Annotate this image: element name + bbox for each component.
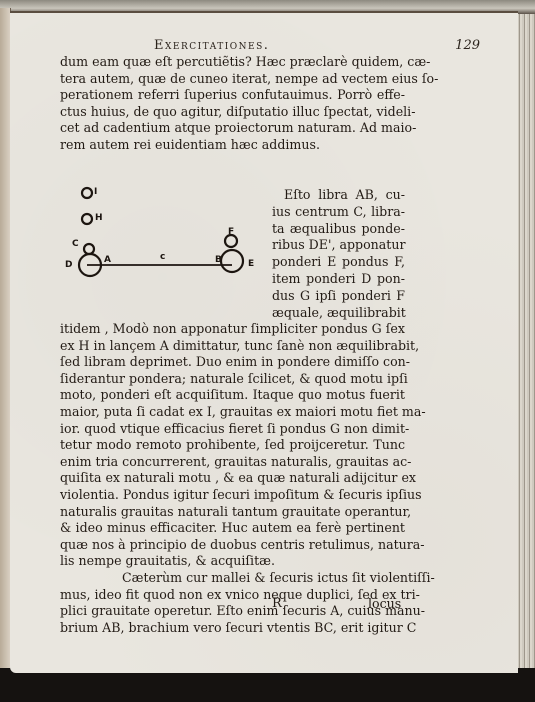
text-line: cet ad cadentium atque proiectorum natur… xyxy=(60,120,405,137)
text-line: Cæterùm cur mallei & ſecuris ictus ſit v… xyxy=(60,570,405,587)
paragraph-intro: dum eam quæ eſt percutiẽtis? Hæc præclar… xyxy=(60,54,405,154)
text-line: quiſita ex naturali motu , & ea quæ natu… xyxy=(60,470,405,487)
label-center: c xyxy=(160,252,165,262)
text-line: brium AB, brachium vero ſecuri vtentis B… xyxy=(60,620,405,637)
text-line: itidem , Modò non apponatur ſimpliciter … xyxy=(60,321,405,338)
background-shadow xyxy=(0,668,535,702)
text-line: æquale, æquilibrabit xyxy=(272,305,405,322)
text-line: lis nempe grauitatis, & acquiſitæ. xyxy=(60,553,405,570)
balance-diagram: I H C D E F A B c xyxy=(60,175,265,280)
label-a: A xyxy=(104,255,111,265)
text-line: naturalis grauitas naturali tantum graui… xyxy=(60,504,405,521)
text-line: quæ nos à principio de duobus centris re… xyxy=(60,537,405,554)
text-line: & ideo minus efficaciter. Huc autem ea f… xyxy=(60,520,405,537)
text-line: ctus huius, de quo agitur, diſputatio il… xyxy=(60,104,405,121)
text-line: maior, puta ſi cadat ex I, grauitas ex m… xyxy=(60,404,405,421)
text-line: rem autem rei euidentiam hæc addimus. xyxy=(60,137,405,154)
text-line: violentia. Pondus igitur ſecuri impoſitu… xyxy=(60,487,405,504)
text-line: ex H in lançem A dimittatur, tunc ſanè n… xyxy=(60,338,405,355)
text-line: plici grauitate operetur. Eſto enim ſecu… xyxy=(60,603,405,620)
text-line: tetur modo remoto prohibente, ſed proijc… xyxy=(60,437,405,454)
text-line: ribus DE', apponatur xyxy=(272,237,405,254)
text-line: ta æqualibus ponde- xyxy=(272,221,405,238)
text-line: dum eam quæ eſt percutiẽtis? Hæc præclar… xyxy=(60,54,405,71)
text-line: perationem referri ſuperius confutauimus… xyxy=(60,87,405,104)
text-line: mus, ideo fit quod non ex vnico neque du… xyxy=(60,587,405,604)
catchword: locus xyxy=(368,596,401,611)
paragraph-main: itidem , Modò non apponatur ſimpliciter … xyxy=(60,321,405,636)
label-b: B xyxy=(215,255,222,265)
text-line: Eſto libra AB, cu- xyxy=(272,187,405,204)
running-title: Exercitationes. xyxy=(154,38,269,53)
text-line: ior. quod vtique efficacius fieret ſi po… xyxy=(60,421,405,438)
text-line: ponderi E pondus F, xyxy=(272,254,405,271)
text-line: item ponderi D pon- xyxy=(272,271,405,288)
page-number: 129 xyxy=(455,38,480,53)
label-e: E xyxy=(248,259,254,269)
text-line: dus G ipſi ponderi F xyxy=(272,288,405,305)
signature-mark: R xyxy=(272,596,282,611)
text-line: tera autem, quæ de cuneo iterat, nempe a… xyxy=(60,71,405,88)
label-h: H xyxy=(95,213,103,223)
text-line: enim tria concurrerent, grauitas natural… xyxy=(60,454,405,471)
text-line: ſiderantur pondera; naturale ſcilicet, &… xyxy=(60,371,405,388)
text-line: moto, ponderi eſt acquiſitum. Itaque quo… xyxy=(60,387,405,404)
lever-figure-icon xyxy=(60,175,265,280)
text-line: ius centrum C, libra- xyxy=(272,204,405,221)
running-head: Exercitationes. 129 xyxy=(90,38,480,54)
label-f: F xyxy=(228,227,234,237)
label-d: D xyxy=(65,260,72,270)
label-c-weight: C xyxy=(72,239,79,249)
text-line: ſed libram deprimet. Duo enim in pondere… xyxy=(60,354,405,371)
paragraph-figure-text: Eſto libra AB, cu- ius centrum C, libra-… xyxy=(272,187,405,321)
label-i: I xyxy=(94,187,97,197)
